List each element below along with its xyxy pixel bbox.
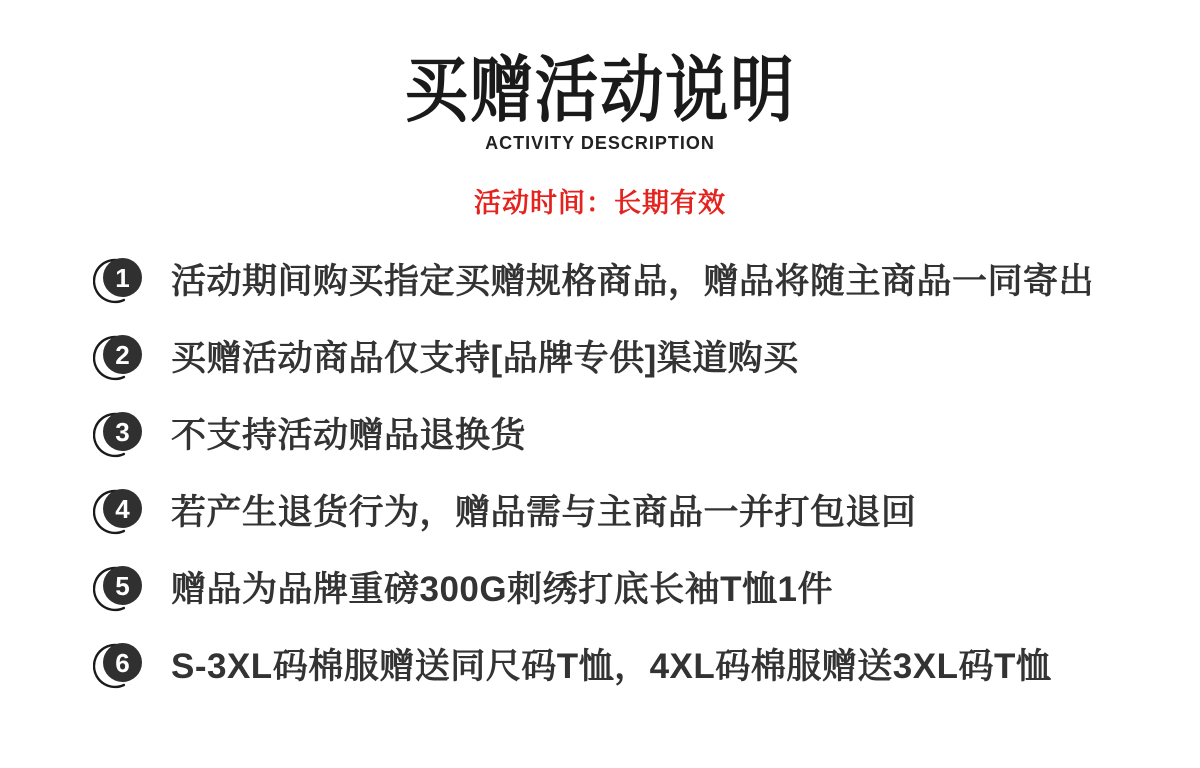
number-badge-6: 6	[93, 637, 145, 691]
number-badge-digit: 6	[103, 643, 142, 682]
number-badge-digit: 3	[103, 412, 142, 451]
number-badge-5: 5	[93, 560, 145, 614]
rule-item-2: 2 买赠活动商品仅支持[品牌专供]渠道购买	[93, 330, 1200, 382]
rule-item-6: 6 S-3XL码棉服赠送同尺码T恤，4XL码棉服赠送3XL码T恤	[93, 638, 1200, 690]
rule-text: 买赠活动商品仅支持[品牌专供]渠道购买	[171, 331, 799, 381]
rule-text: 若产生退货行为，赠品需与主商品一并打包退回	[171, 485, 917, 535]
rule-item-5: 5 赠品为品牌重磅300G刺绣打底长袖T恤1件	[93, 561, 1200, 613]
rule-item-3: 3 不支持活动赠品退换货	[93, 407, 1200, 459]
rules-list: 1 活动期间购买指定买赠规格商品，赠品将随主商品一同寄出 2 买赠活动商品仅支持…	[0, 253, 1200, 690]
number-badge-3: 3	[93, 406, 145, 460]
rule-text: S-3XL码棉服赠送同尺码T恤，4XL码棉服赠送3XL码T恤	[171, 639, 1051, 689]
page-title-text: 买赠活动说明	[405, 52, 796, 131]
page-title: 买赠活动说明	[0, 0, 1200, 131]
number-badge-digit: 1	[103, 258, 142, 297]
activity-description-page: 买赠活动说明 ACTIVITY DESCRIPTION 活动时间：长期有效 1 …	[0, 0, 1200, 768]
number-badge-digit: 5	[103, 566, 142, 605]
number-badge-2: 2	[93, 329, 145, 383]
rule-text: 不支持活动赠品退换货	[171, 408, 526, 458]
rule-text: 赠品为品牌重磅300G刺绣打底长袖T恤1件	[171, 562, 833, 612]
number-badge-1: 1	[93, 252, 145, 306]
number-badge-4: 4	[93, 483, 145, 537]
page-subtitle: ACTIVITY DESCRIPTION	[0, 133, 1200, 154]
number-badge-digit: 2	[103, 335, 142, 374]
activity-time-label: 活动时间：长期有效	[0, 181, 1200, 220]
rule-text: 活动期间购买指定买赠规格商品，赠品将随主商品一同寄出	[171, 254, 1094, 304]
rule-item-1: 1 活动期间购买指定买赠规格商品，赠品将随主商品一同寄出	[93, 253, 1200, 305]
rule-item-4: 4 若产生退货行为，赠品需与主商品一并打包退回	[93, 484, 1200, 536]
number-badge-digit: 4	[103, 489, 142, 528]
